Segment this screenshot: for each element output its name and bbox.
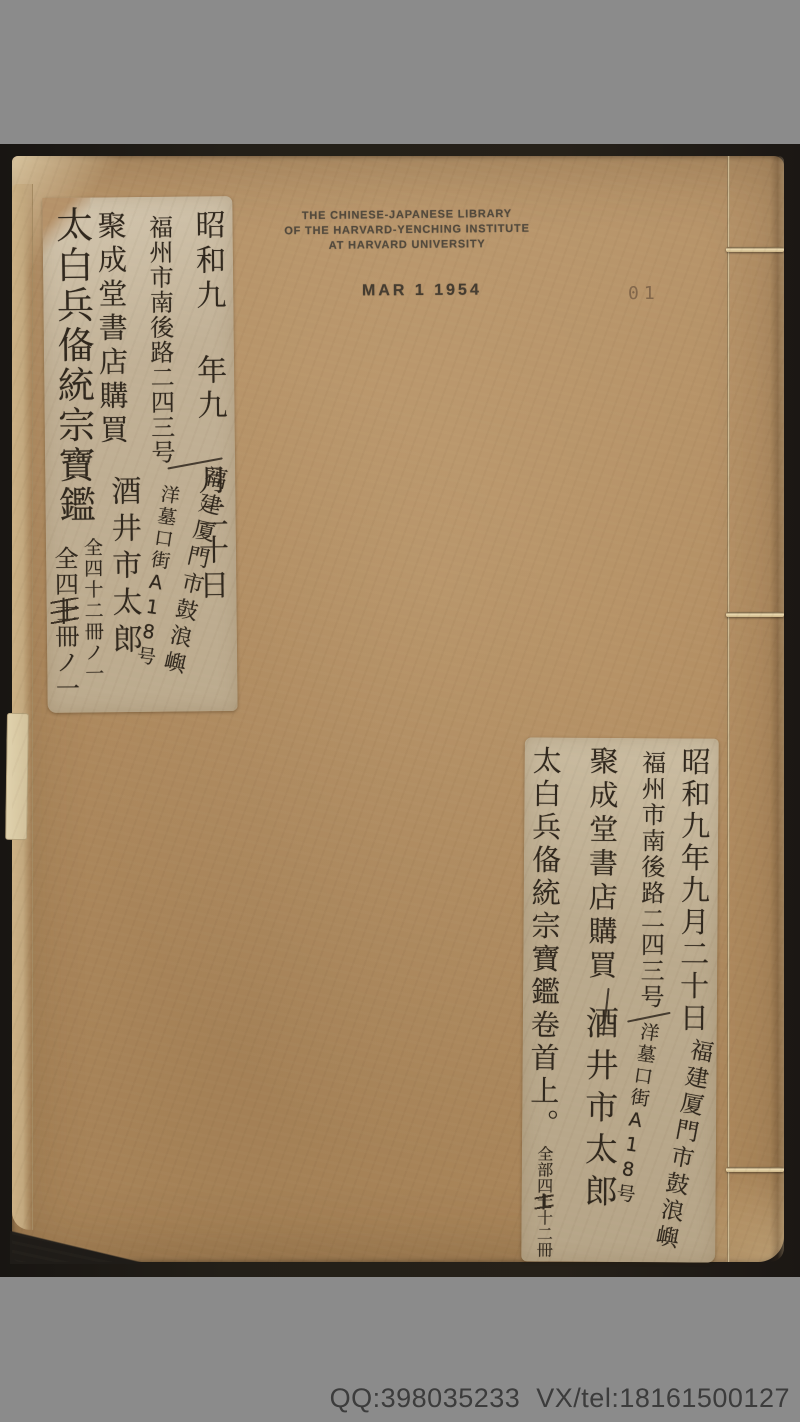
purchase-date-column: 昭和九年九月二十日 [678,746,709,1046]
library-ownership-stamp: THE CHINESE-JAPANESE LIBRARY OF THE HARV… [262,206,552,254]
bookshop-address-column: 福州市南後路二四三号 [638,750,664,1022]
book-title-column: 太白兵俻統宗寶鑑卷首上。 [528,745,560,1145]
volume-note-post: 十二冊 [534,1209,553,1257]
library-stamp-line: OF THE HARVARD-YENCHING INSTITUTE [262,221,552,239]
bookshop-address-column: 福州市南後路二四三号 [146,215,173,485]
right-purchase-label: 昭和九年九月二十日 福州市南後路二四三号 聚成堂書店購買 福建厦門市鼓浪嶼 洋墓… [521,737,719,1262]
book-cover: THE CHINESE-JAPANESE LIBRARY OF THE HARV… [12,156,784,1262]
accession-date-stamp: MAR 1 1954 [362,282,482,301]
volume-note-pre: 全部四 [535,1145,554,1193]
volume-note-corrected-column: 全部四士十二冊 [535,1145,552,1259]
watermark-text: QQ:398035233 VX/tel:18161500127 [330,1383,790,1414]
struck-character: 士 [50,598,78,624]
fore-edge-pages [12,184,33,1230]
volume-note-corrected-column: 全四士冊ノ一 [52,546,78,711]
volume-note-column: 全四十二冊ノ一 [82,537,103,707]
owner-name-column: 酒井市太郎 [107,475,139,675]
watermark-band: QQ:398035233 VX/tel:18161500127 [0,1277,800,1422]
bookshop-column: 聚成堂書店購買 [586,746,617,996]
owner-name-column: 酒井市太郎 [582,1006,617,1226]
library-stamp-line: AT HARVARD UNIVERSITY [262,236,552,254]
photo-background: THE CHINESE-JAPANESE LIBRARY OF THE HARV… [0,144,800,1277]
cover-right-edge-shade [770,156,784,1262]
struck-character: 士 [535,1193,554,1209]
binding-stitch [726,612,784,617]
page-number: 01 [628,283,660,304]
corner-chip-bottom-left [10,1228,160,1264]
bookshop-column: 聚成堂書店購買 [95,210,127,465]
volume-note-post: 冊ノ一 [51,624,80,702]
binding-stitch [726,1167,784,1172]
owner-region-column: 福建厦門市鼓浪嶼 [648,1036,712,1266]
paper-tab [5,713,29,840]
book-title-column: 太白兵俻統宗寶鑑 [52,206,92,536]
binding-thread-vertical [727,156,730,1262]
volume-note-pre: 全四 [50,546,79,598]
owner-street-column: 洋墓口街A18号 [614,1021,659,1202]
left-purchase-label: 昭和九 年九 月二十日 福州市南後路二四三号 聚成堂書店購買 福建厦門市鼓浪嶼 … [42,196,237,713]
binding-stitch [726,247,784,252]
